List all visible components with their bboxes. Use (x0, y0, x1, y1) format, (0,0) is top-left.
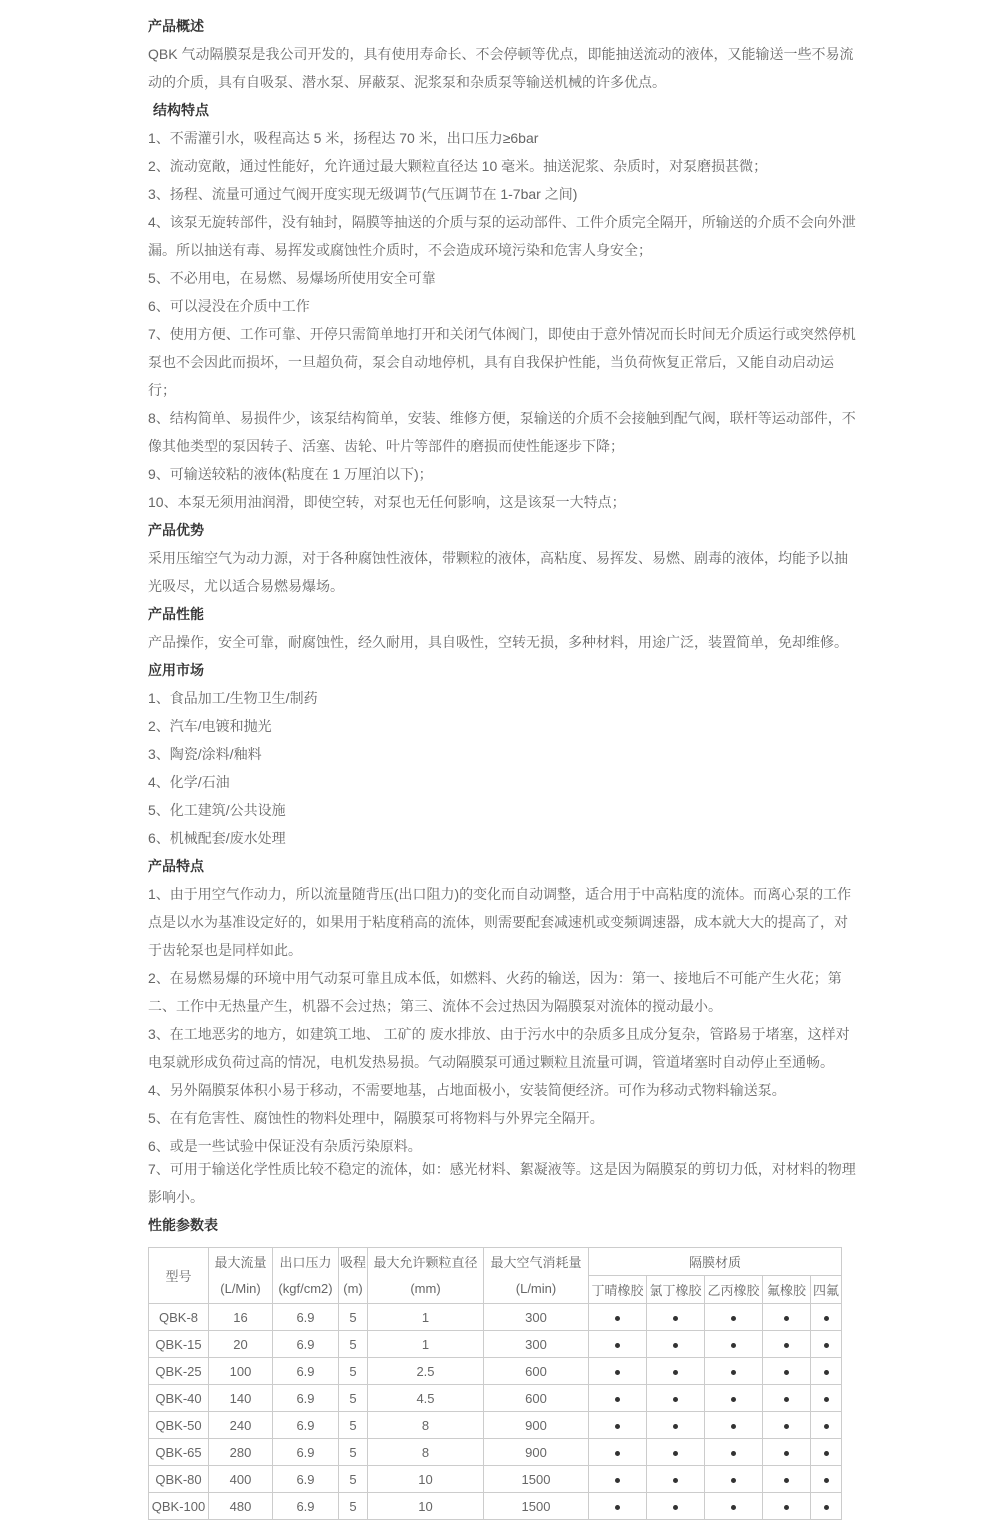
body-paragraph: 5、化工建筑/公共设施 (148, 796, 856, 824)
material-availability-cell (811, 1412, 842, 1439)
table-row: QBK-401406.954.5600 (149, 1385, 842, 1412)
spec-value-cell: 2.5 (368, 1358, 484, 1385)
spec-value-cell: 600 (484, 1358, 589, 1385)
spec-value-cell: 300 (484, 1304, 589, 1331)
body-paragraph: 2、在易燃易爆的环境中用气动泵可靠且成本低，如燃料、火药的输送，因为：第一、接地… (148, 964, 856, 1020)
bullet-dot-icon (824, 1370, 829, 1375)
spec-value-cell: 6.9 (273, 1412, 339, 1439)
spec-value-cell: 4.5 (368, 1385, 484, 1412)
body-paragraph: 4、化学/石油 (148, 768, 856, 796)
spec-value-cell: 6.9 (273, 1331, 339, 1358)
material-availability-cell (763, 1331, 811, 1358)
spec-value-cell: 240 (209, 1412, 273, 1439)
material-column-header: 氟橡胶 (763, 1276, 811, 1304)
material-availability-cell (705, 1493, 763, 1520)
material-availability-cell (763, 1439, 811, 1466)
material-availability-cell (589, 1493, 647, 1520)
bullet-dot-icon (673, 1397, 678, 1402)
table-row: QBK-8166.951300 (149, 1304, 842, 1331)
bullet-dot-icon (784, 1343, 789, 1348)
section-heading: 产品特点 (148, 852, 856, 880)
material-availability-cell (589, 1385, 647, 1412)
bullet-dot-icon (673, 1451, 678, 1456)
body-paragraph: 4、另外隔膜泵体积小易于移动，不需要地基，占地面极小，安装简便经济。可作为移动式… (148, 1076, 856, 1104)
spec-value-cell: 16 (209, 1304, 273, 1331)
material-column-header: 乙丙橡胶 (705, 1276, 763, 1304)
model-cell: QBK-25 (149, 1358, 209, 1385)
spec-value-cell: 10 (368, 1466, 484, 1493)
material-availability-cell (705, 1412, 763, 1439)
body-paragraph: 1、不需灌引水，吸程高达 5 米，扬程达 70 米，出口压力≥6bar (148, 124, 856, 152)
spec-value-cell: 1500 (484, 1493, 589, 1520)
body-paragraph: 5、不必用电，在易燃、易爆场所使用安全可靠 (148, 264, 856, 292)
body-paragraph: 1、由于用空气作动力，所以流量随背压(出口阻力)的变化而自动调整，适合用于中高粘… (148, 880, 856, 964)
spec-value-cell: 5 (339, 1412, 368, 1439)
bullet-dot-icon (731, 1424, 736, 1429)
material-availability-cell (647, 1466, 705, 1493)
spec-value-cell: 6.9 (273, 1439, 339, 1466)
bullet-dot-icon (615, 1370, 620, 1375)
material-availability-cell (763, 1385, 811, 1412)
column-header: 最大流量(L/Min) (209, 1248, 273, 1304)
material-availability-cell (763, 1358, 811, 1385)
column-header-title: 最大空气消耗量 (485, 1250, 587, 1276)
spec-value-cell: 6.9 (273, 1466, 339, 1493)
bullet-dot-icon (731, 1343, 736, 1348)
model-cell: QBK-65 (149, 1439, 209, 1466)
body-paragraph: 采用压缩空气为动力源，对于各种腐蚀性液体，带颗粒的液体，高粘度、易挥发、易燃、剧… (148, 544, 856, 600)
material-availability-cell (647, 1493, 705, 1520)
bullet-dot-icon (731, 1505, 736, 1510)
column-header-unit: (L/min) (485, 1276, 587, 1302)
material-availability-cell (589, 1412, 647, 1439)
column-header-title: 出口压力 (274, 1250, 337, 1276)
bullet-dot-icon (731, 1370, 736, 1375)
spec-value-cell: 5 (339, 1439, 368, 1466)
model-cell: QBK-80 (149, 1466, 209, 1493)
bullet-dot-icon (784, 1478, 789, 1483)
table-row: QBK-1004806.95101500 (149, 1493, 842, 1520)
material-availability-cell (705, 1358, 763, 1385)
text-sections: 产品概述QBK 气动隔膜泵是我公司开发的，具有使用寿命长、不会停顿等优点，即能抽… (148, 12, 856, 1239)
material-availability-cell (647, 1331, 705, 1358)
model-cell: QBK-40 (149, 1385, 209, 1412)
material-availability-cell (811, 1385, 842, 1412)
body-paragraph: 2、流动宽敞，通过性能好，允许通过最大颗粒直径达 10 毫米。抽送泥浆、杂质时，… (148, 152, 856, 180)
spec-value-cell: 10 (368, 1493, 484, 1520)
bullet-dot-icon (784, 1397, 789, 1402)
spec-value-cell: 5 (339, 1493, 368, 1520)
spec-value-cell: 300 (484, 1331, 589, 1358)
bullet-dot-icon (824, 1316, 829, 1321)
bullet-dot-icon (784, 1451, 789, 1456)
performance-parameter-table: 型号最大流量(L/Min)出口压力(kgf/cm2)吸程(m)最大允许颗粒直径(… (148, 1247, 842, 1520)
bullet-dot-icon (824, 1343, 829, 1348)
bullet-dot-icon (784, 1505, 789, 1510)
section-heading: 应用市场 (148, 656, 856, 684)
material-availability-cell (647, 1385, 705, 1412)
column-header-membrane-material: 隔膜材质 (589, 1248, 842, 1276)
material-availability-cell (647, 1358, 705, 1385)
spec-value-cell: 900 (484, 1439, 589, 1466)
model-cell: QBK-8 (149, 1304, 209, 1331)
bullet-dot-icon (673, 1316, 678, 1321)
page: { "colors": { "body_text": "#666666", "h… (0, 0, 992, 1520)
material-availability-cell (647, 1439, 705, 1466)
body-paragraph: 7、使用方便、工作可靠、开停只需简单地打开和关闭气体阀门，即使由于意外情况而长时… (148, 320, 856, 404)
spec-value-cell: 6.9 (273, 1493, 339, 1520)
material-availability-cell (705, 1385, 763, 1412)
material-availability-cell (811, 1439, 842, 1466)
spec-value-cell: 8 (368, 1439, 484, 1466)
section-heading: 产品概述 (148, 12, 856, 40)
material-availability-cell (647, 1412, 705, 1439)
material-availability-cell (647, 1304, 705, 1331)
material-availability-cell (811, 1304, 842, 1331)
bullet-dot-icon (615, 1397, 620, 1402)
model-cell: QBK-50 (149, 1412, 209, 1439)
body-paragraph: 1、食品加工/生物卫生/制药 (148, 684, 856, 712)
table-body: QBK-8166.951300QBK-15206.951300QBK-25100… (149, 1304, 842, 1520)
table-row: QBK-251006.952.5600 (149, 1358, 842, 1385)
spec-value-cell: 6.9 (273, 1358, 339, 1385)
bullet-dot-icon (615, 1505, 620, 1510)
column-header: 吸程(m) (339, 1248, 368, 1304)
spec-value-cell: 8 (368, 1412, 484, 1439)
body-paragraph: 6、机械配套/废水处理 (148, 824, 856, 852)
body-paragraph: 7、可用于输送化学性质比较不稳定的流体，如：感光材料、絮凝液等。这是因为隔膜泵的… (148, 1155, 856, 1211)
bullet-dot-icon (824, 1505, 829, 1510)
spec-value-cell: 6.9 (273, 1304, 339, 1331)
bullet-dot-icon (673, 1505, 678, 1510)
body-paragraph: 4、该泵无旋转部件，没有轴封，隔膜等抽送的介质与泵的运动部件、工件介质完全隔开，… (148, 208, 856, 264)
column-header-model: 型号 (149, 1248, 209, 1304)
column-header-title: 最大流量 (210, 1250, 271, 1276)
material-availability-cell (811, 1493, 842, 1520)
model-cell: QBK-15 (149, 1331, 209, 1358)
bullet-dot-icon (731, 1316, 736, 1321)
bullet-dot-icon (673, 1478, 678, 1483)
bullet-dot-icon (824, 1397, 829, 1402)
spec-value-cell: 20 (209, 1331, 273, 1358)
material-availability-cell (763, 1493, 811, 1520)
material-availability-cell (589, 1304, 647, 1331)
bullet-dot-icon (615, 1451, 620, 1456)
material-availability-cell (811, 1331, 842, 1358)
spec-value-cell: 280 (209, 1439, 273, 1466)
material-availability-cell (589, 1331, 647, 1358)
column-header-unit: (m) (340, 1276, 366, 1302)
material-availability-cell (811, 1358, 842, 1385)
bullet-dot-icon (615, 1316, 620, 1321)
bullet-dot-icon (824, 1478, 829, 1483)
spec-value-cell: 5 (339, 1331, 368, 1358)
material-availability-cell (705, 1466, 763, 1493)
spec-value-cell: 480 (209, 1493, 273, 1520)
table-row: QBK-652806.958900 (149, 1439, 842, 1466)
bullet-dot-icon (673, 1424, 678, 1429)
spec-value-cell: 1 (368, 1304, 484, 1331)
spec-value-cell: 600 (484, 1385, 589, 1412)
bullet-dot-icon (673, 1370, 678, 1375)
bullet-dot-icon (731, 1451, 736, 1456)
material-availability-cell (763, 1412, 811, 1439)
bullet-dot-icon (615, 1478, 620, 1483)
table-row: QBK-502406.958900 (149, 1412, 842, 1439)
column-header: 最大允许颗粒直径(mm) (368, 1248, 484, 1304)
body-paragraph: 10、本泵无须用油润滑，即使空转，对泵也无任何影响，这是该泵一大特点； (148, 488, 856, 516)
material-availability-cell (589, 1466, 647, 1493)
material-availability-cell (589, 1358, 647, 1385)
body-paragraph: 8、结构简单、易损件少，该泵结构简单，安装、维修方便，泵输送的介质不会接触到配气… (148, 404, 856, 460)
bullet-dot-icon (784, 1316, 789, 1321)
body-paragraph: 2、汽车/电镀和抛光 (148, 712, 856, 740)
body-paragraph: QBK 气动隔膜泵是我公司开发的，具有使用寿命长、不会停顿等优点，即能抽送流动的… (148, 40, 856, 96)
table-header: 型号最大流量(L/Min)出口压力(kgf/cm2)吸程(m)最大允许颗粒直径(… (149, 1248, 842, 1304)
spec-value-cell: 100 (209, 1358, 273, 1385)
section-heading: 性能参数表 (148, 1211, 856, 1239)
product-description-content: 产品概述QBK 气动隔膜泵是我公司开发的，具有使用寿命长、不会停顿等优点，即能抽… (148, 12, 856, 1520)
material-column-header: 丁晴橡胶 (589, 1276, 647, 1304)
body-paragraph: 9、可输送较粘的液体(粘度在 1 万厘泊以下)； (148, 460, 856, 488)
spec-value-cell: 140 (209, 1385, 273, 1412)
spec-value-cell: 5 (339, 1385, 368, 1412)
material-availability-cell (705, 1331, 763, 1358)
bullet-dot-icon (673, 1343, 678, 1348)
model-cell: QBK-100 (149, 1493, 209, 1520)
spec-value-cell: 400 (209, 1466, 273, 1493)
bullet-dot-icon (615, 1424, 620, 1429)
bullet-dot-icon (824, 1424, 829, 1429)
column-header-title: 最大允许颗粒直径 (369, 1250, 482, 1276)
table-row: QBK-15206.951300 (149, 1331, 842, 1358)
bullet-dot-icon (784, 1424, 789, 1429)
spec-value-cell: 1 (368, 1331, 484, 1358)
spec-value-cell: 6.9 (273, 1385, 339, 1412)
section-heading: 结构特点 (148, 96, 856, 124)
spec-value-cell: 5 (339, 1466, 368, 1493)
product-detail-page: 产品概述QBK 气动隔膜泵是我公司开发的，具有使用寿命长、不会停顿等优点，即能抽… (0, 0, 992, 1520)
body-paragraph: 产品操作，安全可靠，耐腐蚀性，经久耐用，具自吸性，空转无损，多种材料，用途广泛，… (148, 628, 856, 656)
column-header-unit: (mm) (369, 1276, 482, 1302)
bullet-dot-icon (615, 1343, 620, 1348)
body-paragraph: 6、可以浸没在介质中工作 (148, 292, 856, 320)
spec-value-cell: 1500 (484, 1466, 589, 1493)
bullet-dot-icon (784, 1370, 789, 1375)
material-availability-cell (705, 1304, 763, 1331)
material-availability-cell (705, 1439, 763, 1466)
material-availability-cell (763, 1466, 811, 1493)
section-heading: 产品优势 (148, 516, 856, 544)
material-availability-cell (811, 1466, 842, 1493)
column-header-title: 吸程 (340, 1250, 366, 1276)
body-paragraph: 3、在工地恶劣的地方，如建筑工地、 工矿的 废水排放、由于污水中的杂质多且成分复… (148, 1020, 856, 1076)
spec-value-cell: 5 (339, 1358, 368, 1385)
material-column-header: 氯丁橡胶 (647, 1276, 705, 1304)
material-availability-cell (589, 1439, 647, 1466)
column-header: 出口压力(kgf/cm2) (273, 1248, 339, 1304)
column-header-unit: (L/Min) (210, 1276, 271, 1302)
spec-value-cell: 5 (339, 1304, 368, 1331)
bullet-dot-icon (731, 1478, 736, 1483)
spec-value-cell: 900 (484, 1412, 589, 1439)
body-paragraph: 3、扬程、流量可通过气阀开度实现无级调节(气压调节在 1-7bar 之间) (148, 180, 856, 208)
material-availability-cell (763, 1304, 811, 1331)
section-heading: 产品性能 (148, 600, 856, 628)
column-header: 最大空气消耗量(L/min) (484, 1248, 589, 1304)
bullet-dot-icon (731, 1397, 736, 1402)
bullet-dot-icon (824, 1451, 829, 1456)
body-paragraph: 3、陶瓷/涂料/釉料 (148, 740, 856, 768)
material-column-header: 四氟 (811, 1276, 842, 1304)
column-header-unit: (kgf/cm2) (274, 1276, 337, 1302)
table-row: QBK-804006.95101500 (149, 1466, 842, 1493)
body-paragraph: 5、在有危害性、腐蚀性的物料处理中，隔膜泵可将物料与外界完全隔开。 (148, 1104, 856, 1132)
